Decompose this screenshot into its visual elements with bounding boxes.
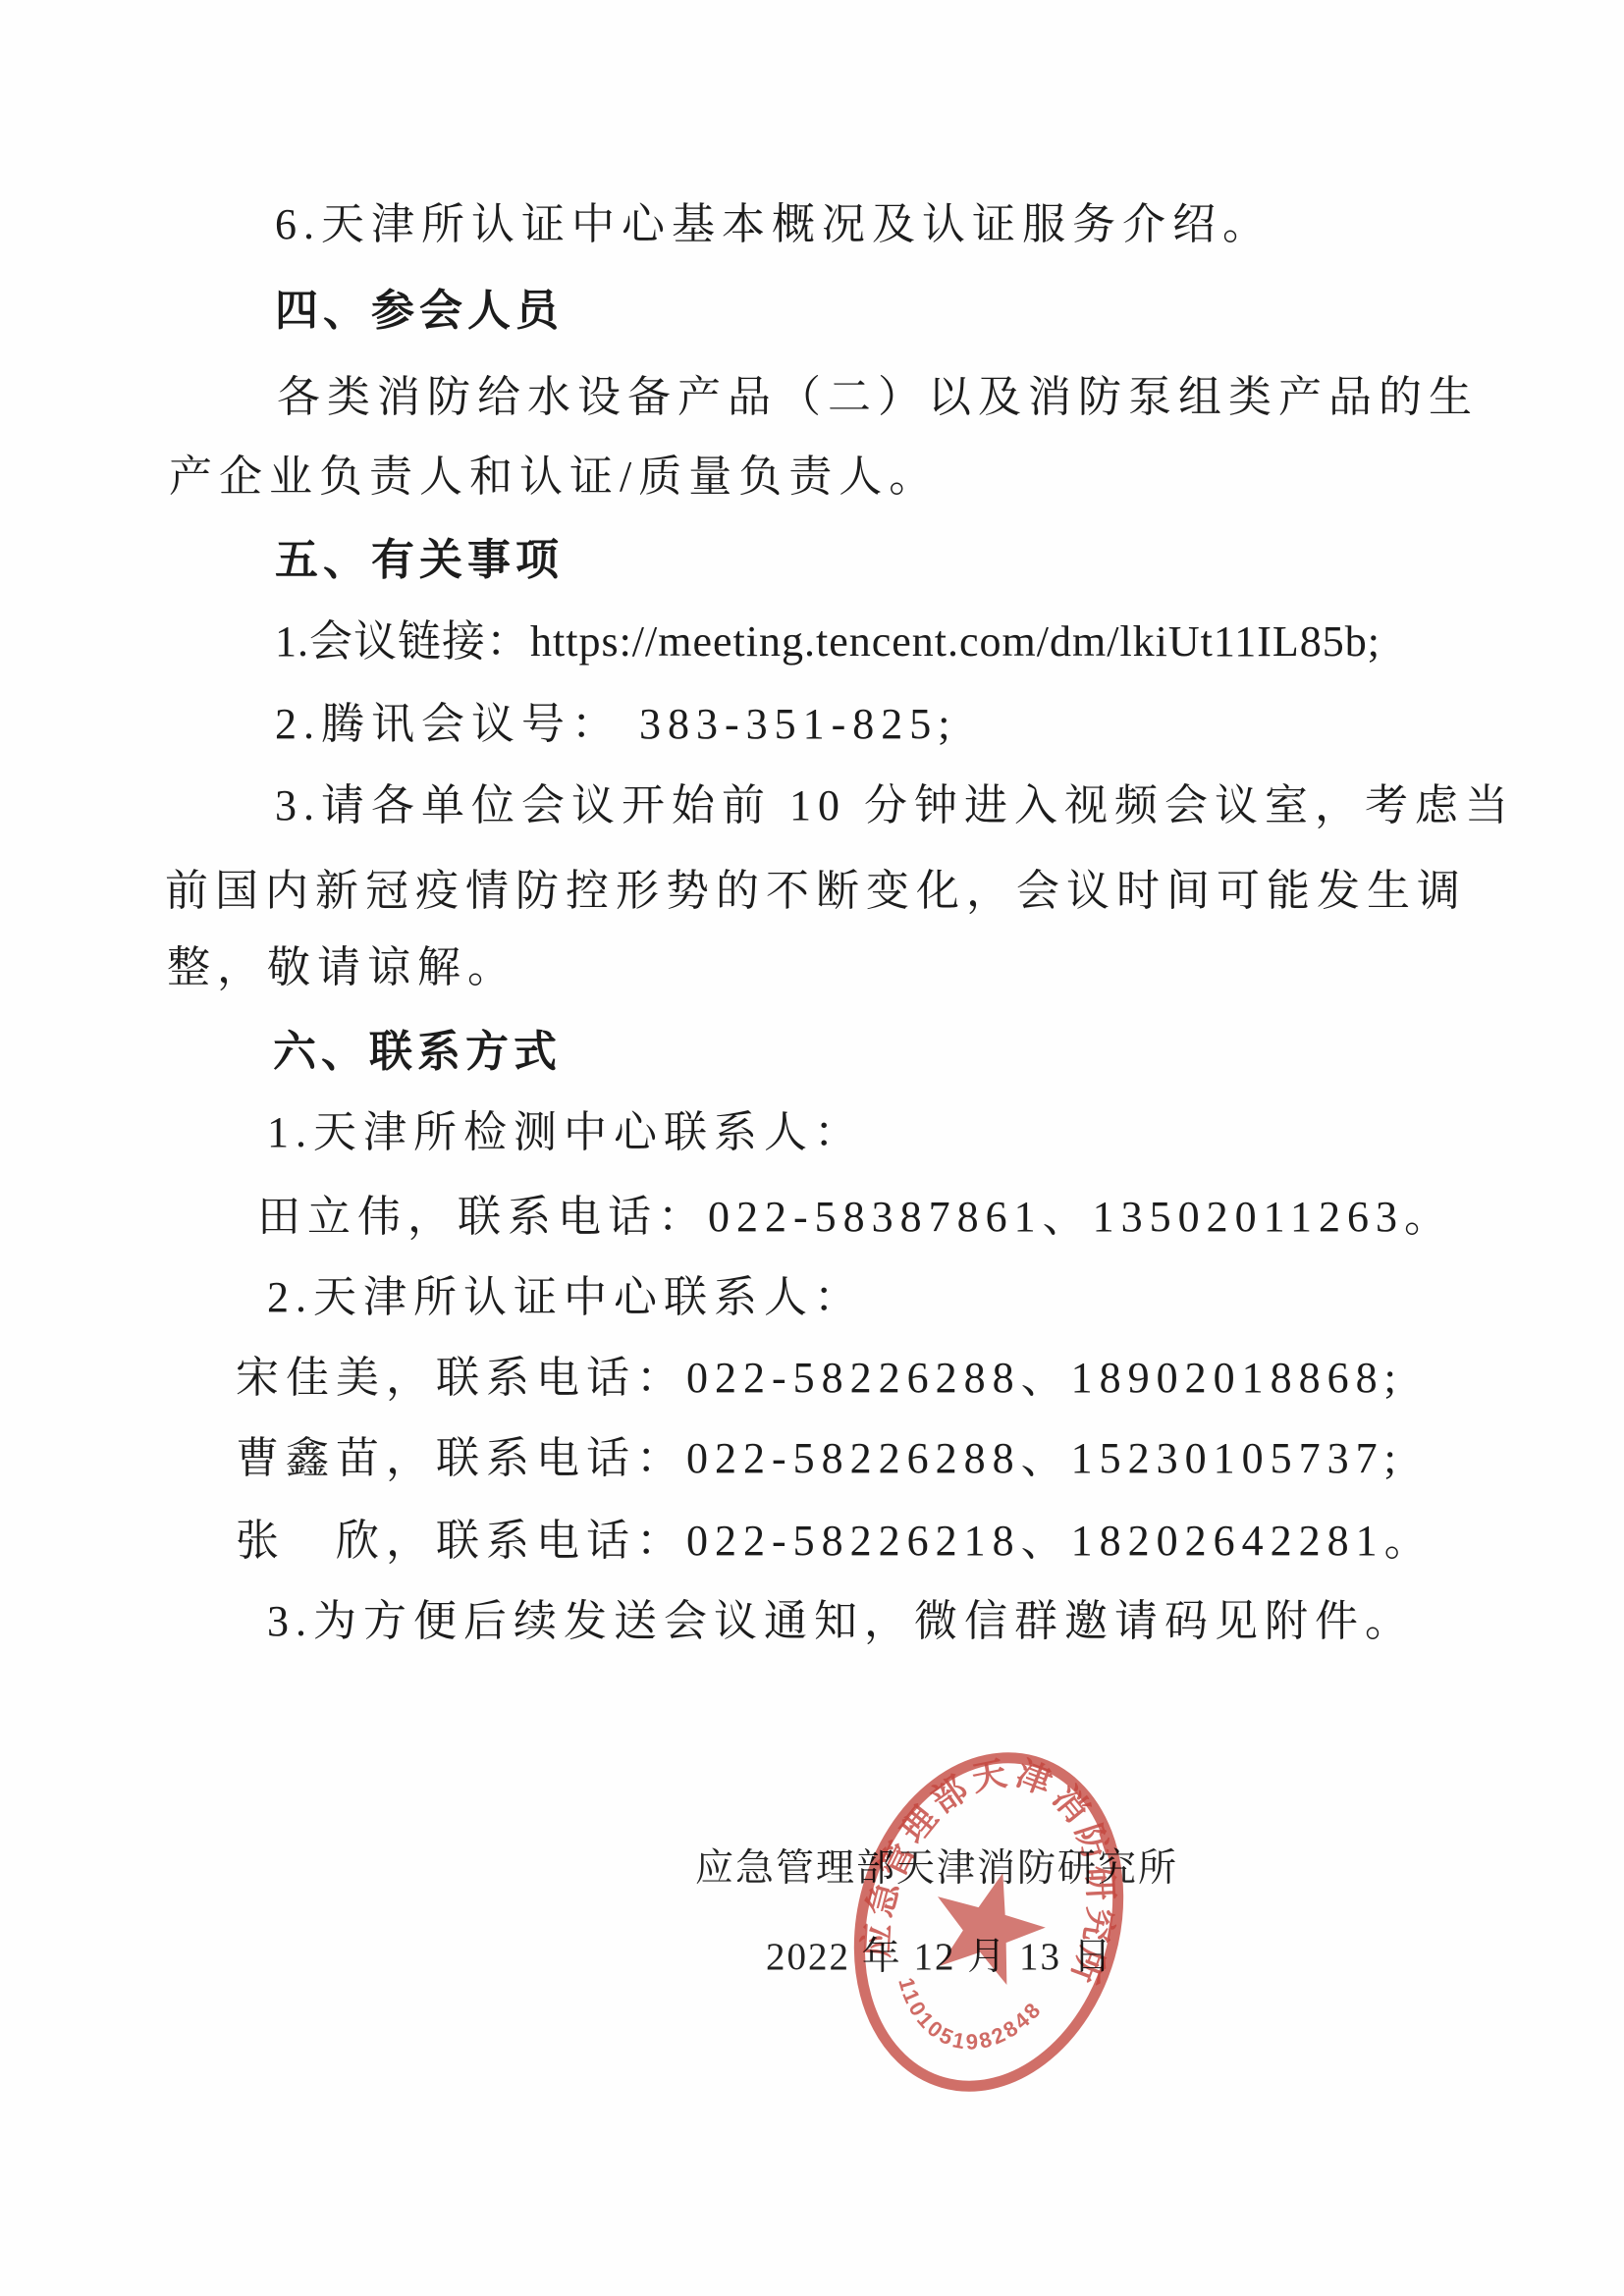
seal-ring xyxy=(822,1727,1156,2116)
signature-date: 2022 年 12 月 13 日 xyxy=(766,1926,1113,1981)
document-page: 应急管理部天津消防研究所 2022 年 12 月 13 日 应急管理部天津消防研… xyxy=(0,0,1624,2296)
doc-line-17: 张 欣，联系电话：022-58226218、18202642281。 xyxy=(236,1518,1435,1565)
doc-line-15: 宋佳美，联系电话：022-58226288、18902018868; xyxy=(236,1355,1403,1402)
doc-line-3: 各类消防给水设备产品（二）以及消防泵组类产品的生 xyxy=(277,374,1479,421)
doc-line-1: 6.天津所认证中心基本概况及认证服务介绍。 xyxy=(275,201,1272,248)
doc-line-2: 四、参会人员 xyxy=(275,288,564,335)
doc-line-16: 曹鑫苗，联系电话：022-58226288、15230105737; xyxy=(236,1435,1403,1482)
doc-line-4: 产企业负责人和认证/质量负责人。 xyxy=(169,454,939,501)
doc-line-6: 1.会议链接：https://meeting.tencent.com/dm/lk… xyxy=(275,618,1380,666)
doc-line-12: 1.天津所检测中心联系人： xyxy=(267,1109,864,1156)
doc-line-14: 2.天津所认证中心联系人： xyxy=(267,1274,864,1321)
doc-line-13: 田立伟，联系电话：022-58387861、13502011263。 xyxy=(257,1194,1454,1241)
doc-line-10: 整，敬请谅解。 xyxy=(167,944,517,991)
doc-line-5: 五、有关事项 xyxy=(275,537,564,584)
official-seal-stamp: 应急管理部天津消防研究所 1101051982848 xyxy=(783,1686,1195,2158)
doc-line-7: 2.腾讯会议号： 383-351-825; xyxy=(275,701,957,748)
doc-line-9: 前国内新冠疫情防控形势的不断变化，会议时间可能发生调 xyxy=(165,868,1467,915)
doc-line-11: 六、联系方式 xyxy=(273,1029,562,1076)
doc-line-8: 3.请各单位会议开始前 10 分钟进入视频会议室，考虑当 xyxy=(275,782,1515,829)
signature-org: 应急管理部天津消防研究所 xyxy=(695,1838,1178,1893)
doc-line-18: 3.为方便后续发送会议通知，微信群邀请码见附件。 xyxy=(267,1598,1415,1645)
